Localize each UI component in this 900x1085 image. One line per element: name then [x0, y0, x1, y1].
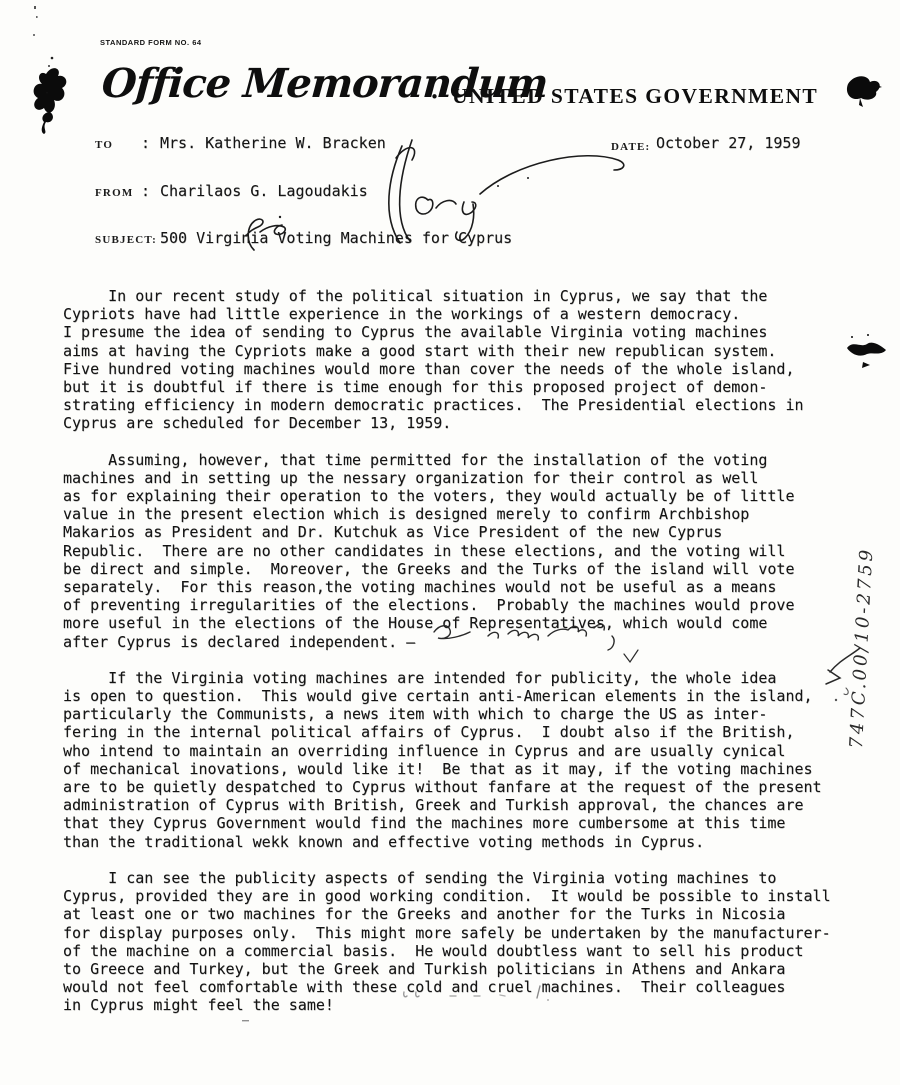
paragraph-3: If the Virginia voting machines are inte…	[63, 669, 853, 851]
faint-dash-icon	[238, 1016, 258, 1026]
subject-value: 500 Virginia Voting Machines for Cyprus	[160, 229, 512, 247]
subject-label: SUBJECT:	[95, 234, 157, 246]
to-colon: :	[141, 134, 150, 152]
from-colon: :	[141, 182, 150, 200]
memo-page: STANDARD FORM NO. 64 Office Memorandum •…	[0, 0, 900, 1085]
subject-handwritten-insertion	[230, 212, 296, 252]
from-value: Charilaos G. Lagoudakis	[160, 182, 368, 200]
form-number: STANDARD FORM NO. 64	[100, 38, 202, 47]
from-label: FROM	[95, 187, 133, 199]
header-bullet-icon: •	[430, 88, 439, 106]
faint-marks-icon	[390, 984, 590, 1008]
paragraph-1: In our recent study of the political sit…	[63, 287, 853, 433]
to-label: TO	[95, 139, 113, 151]
margin-smudge-icon	[843, 334, 891, 372]
date-value: October 27, 1959	[656, 134, 801, 152]
organization-name: UNITED STATES GOVERNMENT	[452, 84, 818, 109]
handwritten-note-scribble	[428, 614, 668, 670]
margin-scribble-icon	[816, 644, 872, 708]
ink-blot-top-left-icon	[22, 56, 74, 136]
ink-blot-top-right-icon	[840, 70, 888, 112]
scan-noise-dots-icon	[30, 4, 44, 44]
org-row: • UNITED STATES GOVERNMENT	[430, 84, 818, 109]
